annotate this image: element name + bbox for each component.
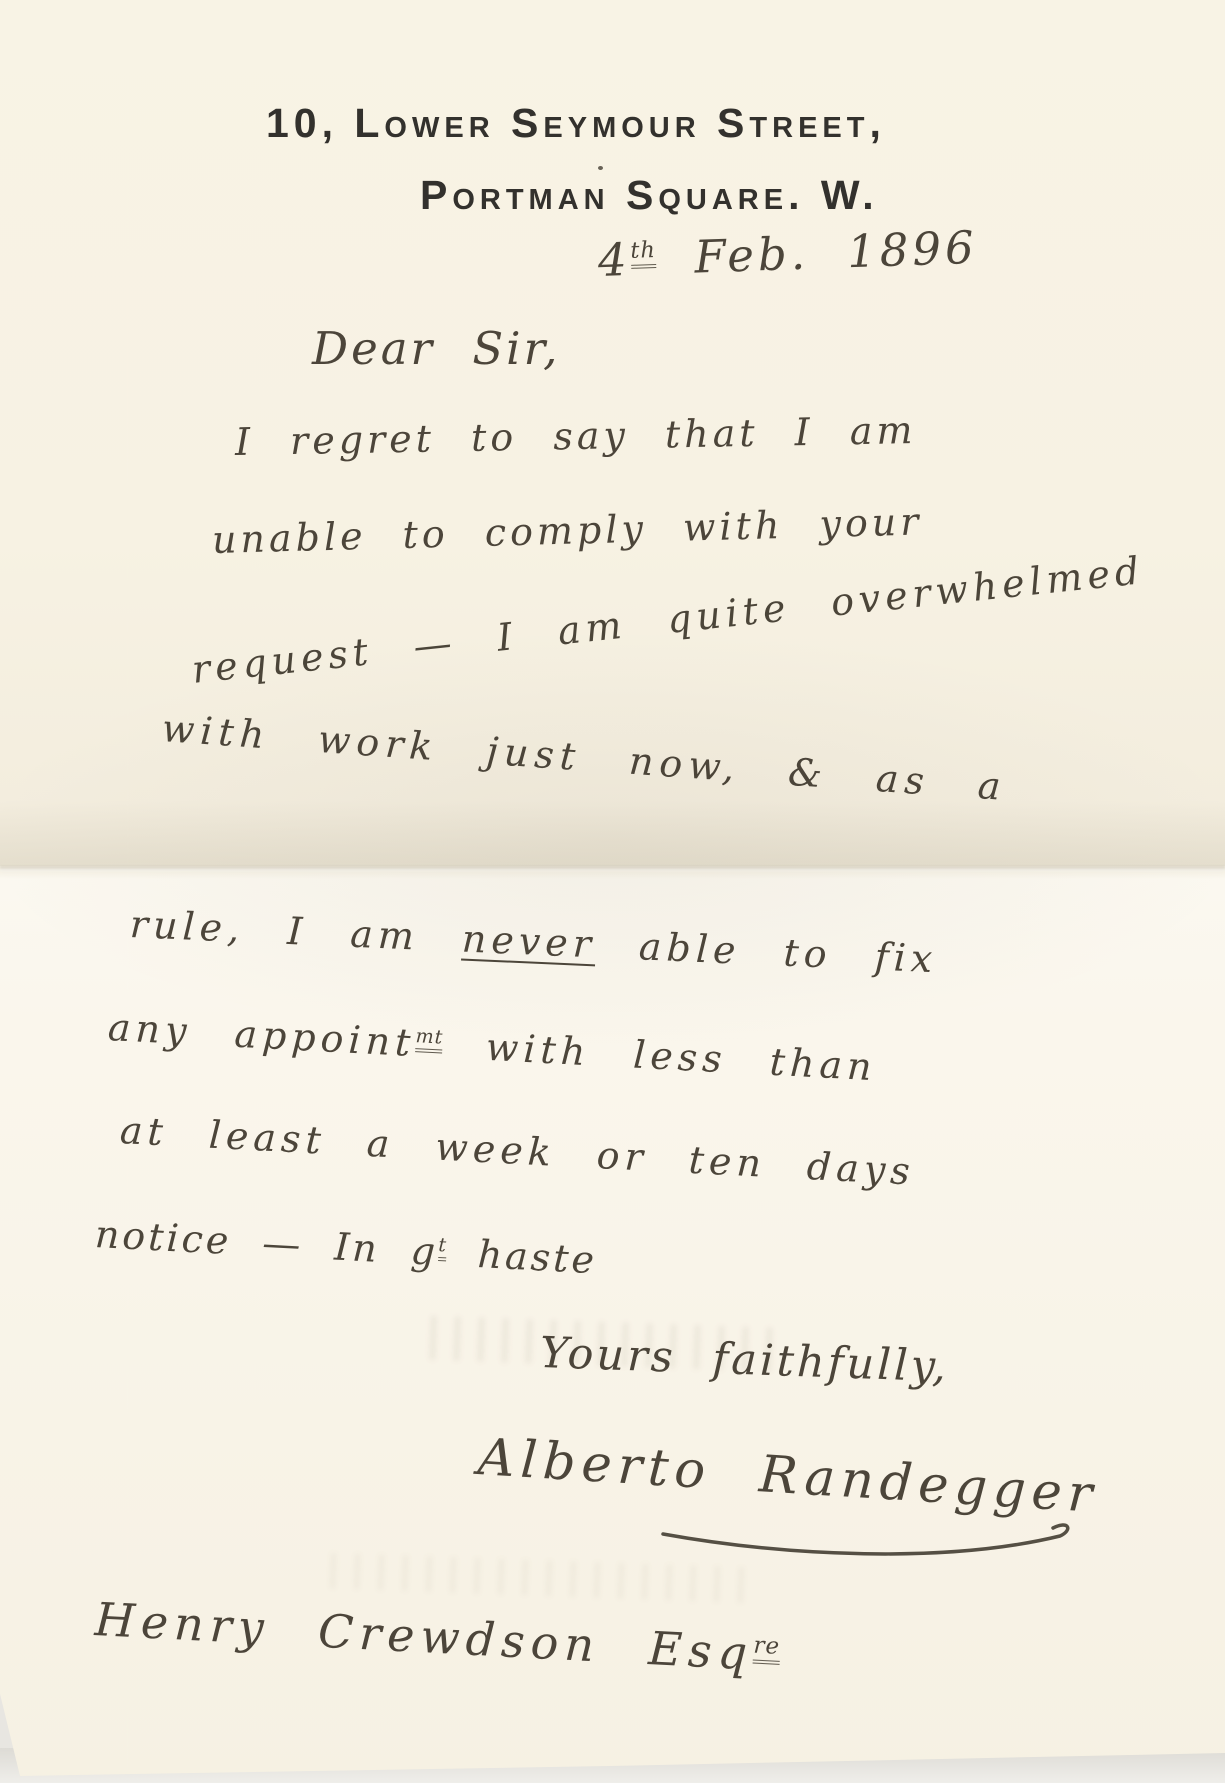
date-ordinal-suffix: th [630, 237, 657, 269]
fold-crease-shadow [0, 800, 1225, 866]
letterhead-address-line1: 10, Lower Seymour Street, [266, 100, 886, 147]
date-rest: Feb. 1896 [655, 221, 978, 285]
letterhead-address-line2: Portman Square. W. [420, 172, 879, 219]
date-day: 4 [597, 233, 631, 287]
signature-flourish [655, 1512, 1095, 1582]
salutation: Dear Sir, [312, 322, 560, 375]
body-line-8-post: haste [446, 1230, 599, 1282]
underlined-word-never: never [461, 917, 597, 967]
addressee-superscript: re [753, 1632, 781, 1664]
ink-speck [598, 166, 603, 170]
body-line-6-superscript: mt [415, 1025, 444, 1053]
fold-crease [0, 866, 1225, 871]
